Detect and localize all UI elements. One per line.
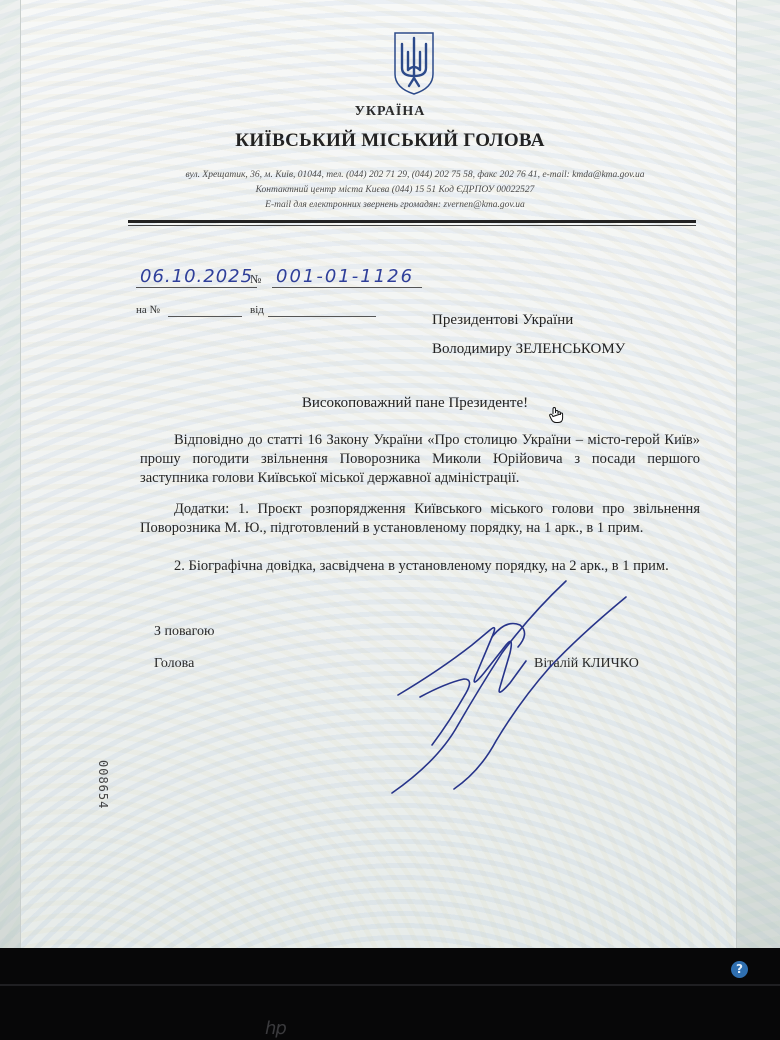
office-title: КИЇВСЬКИЙ МІСЬКИЙ ГОЛОВА [0,130,780,152]
addressee-title: Президентові України [432,312,573,329]
monitor-screen: УКРАЇНА КИЇВСЬКИЙ МІСЬКИЙ ГОЛОВА вул. Хр… [0,0,780,948]
laptop-bezel: ? hp [0,948,780,1040]
body-paragraph: Відповідно до статті 16 Закону України «… [140,431,700,488]
bezel-divider [0,984,780,986]
serial-number: 008654 [96,760,110,809]
contact-email: E-mail для електронних звернень громадян… [0,200,780,210]
reference-number-blank [168,316,242,317]
handwritten-signature [380,575,640,800]
closing-regards: З повагою [154,624,215,640]
help-icon[interactable]: ? [731,961,748,978]
attachment-item-2: 2. Біографічна довідка, засвідчена в уст… [140,557,700,576]
reference-date-label: від [250,304,264,316]
addressee-name: Володимиру ЗЕЛЕНСЬКОМУ [432,341,625,358]
registration-number: 001-01-1126 [272,266,422,288]
hand-cursor-icon [548,406,564,424]
reference-number-label: на № [136,304,160,316]
contact-center: Контактний центр міста Києва (044) 15 51… [0,185,780,195]
number-label: № [250,272,261,287]
contact-address: вул. Хрещатик, 36, м. Київ, 01044, тел. … [0,170,780,180]
attachment-item-1: Додатки: 1. Проєкт розпорядження Київськ… [140,500,700,538]
trident-coat-of-arms-icon [392,30,436,96]
letterhead-rule [128,220,696,223]
country-name: УКРАЇНА [0,104,780,120]
registration-date: 06.10.2025 [136,266,257,288]
reference-date-blank [268,316,376,317]
hp-logo: hp [265,1018,286,1039]
letterhead-rule-thin [128,225,696,226]
signer-position: Голова [154,656,194,672]
salutation: Високоповажний пане Президенте! [0,395,780,412]
